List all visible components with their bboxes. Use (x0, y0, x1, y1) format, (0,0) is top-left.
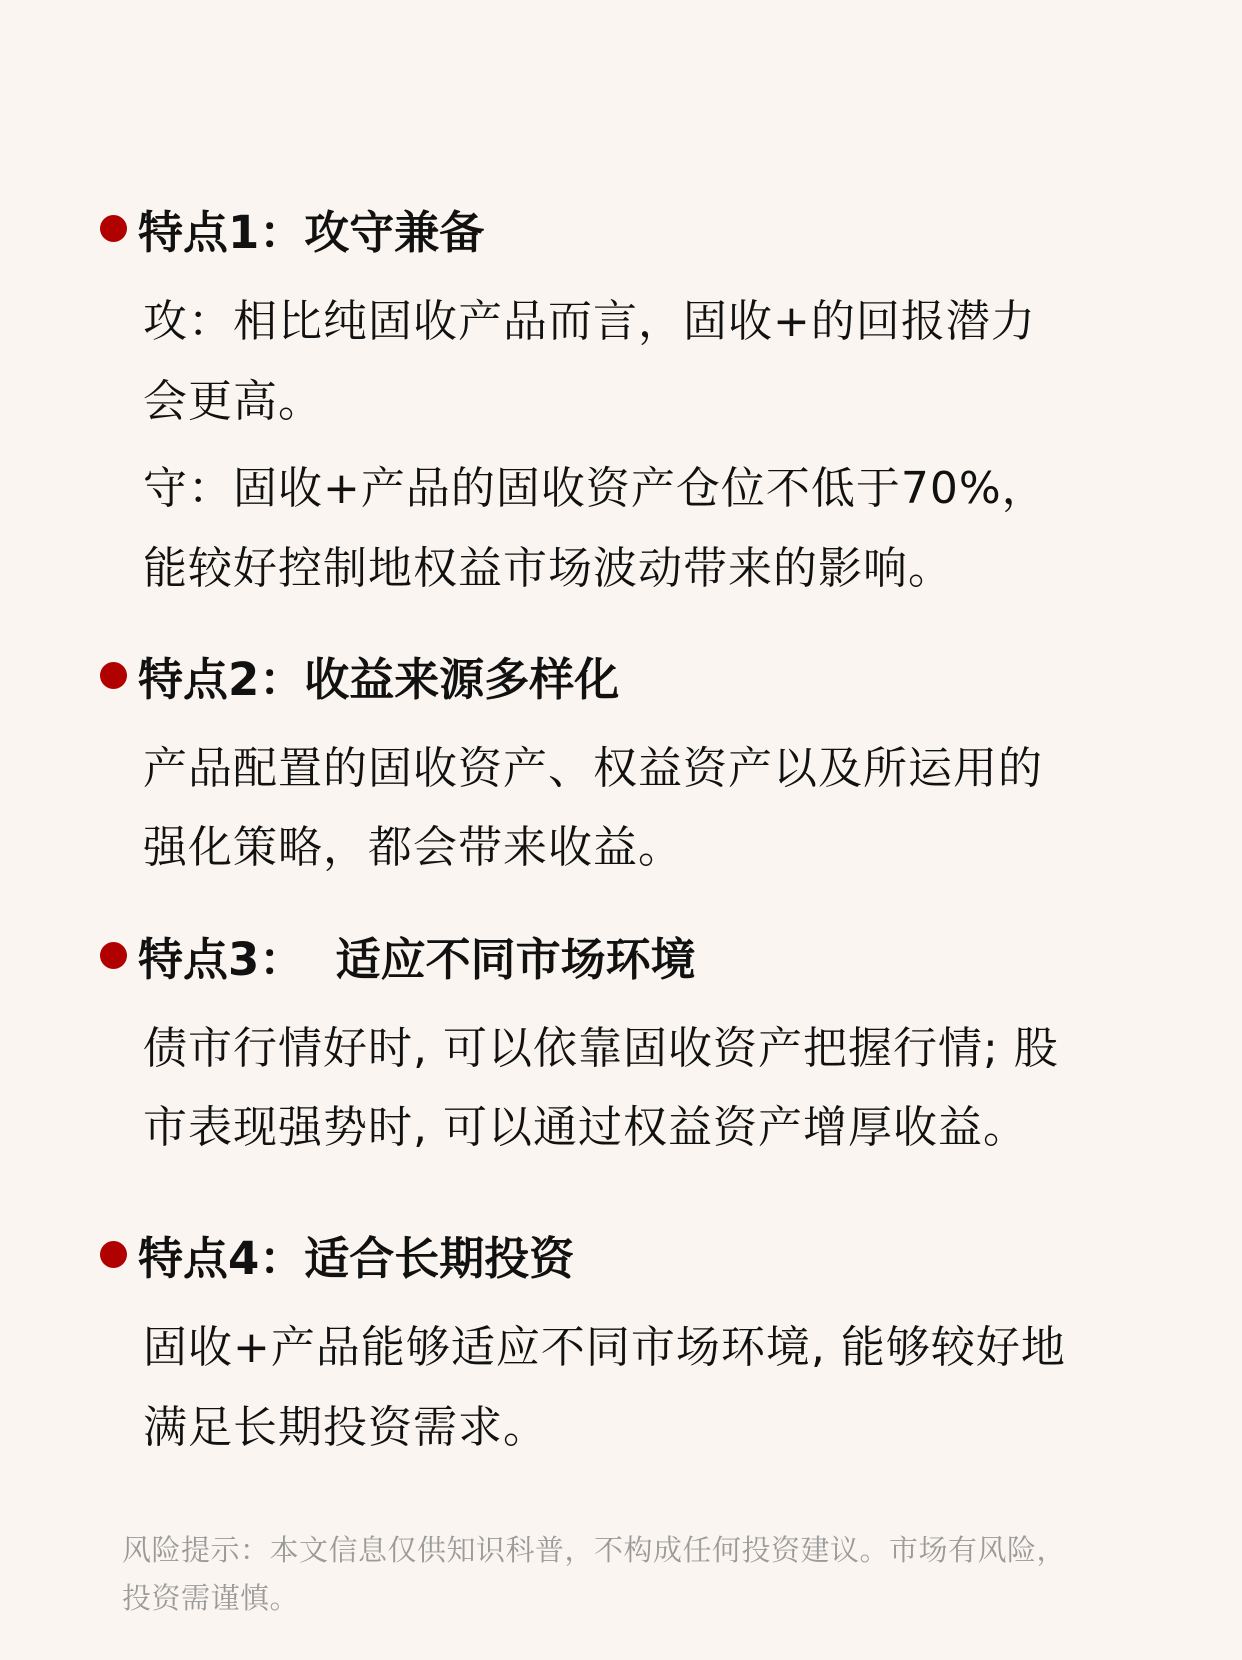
section-3-heading: 特点3： 适应不同市场环境 (100, 923, 696, 988)
bullet-dot-icon (100, 1241, 127, 1268)
heading-text: 特点4：适合长期投资 (138, 1222, 574, 1287)
section-1-line-3: 守：固收+产品的固收资产仓位不低于70%， (143, 452, 1047, 516)
bullet-dot-icon (100, 662, 127, 689)
heading-text: 特点3： 适应不同市场环境 (138, 923, 696, 988)
section-3-line-2: 市表现强势时, 可以通过权益资产增厚收益。 (143, 1091, 1028, 1155)
section-1-line-1: 攻：相比纯固收产品而言，固收+的回报潜力 (143, 285, 1036, 349)
disclaimer-line-2: 投资需谨慎。 (122, 1576, 299, 1617)
section-4-line-2: 满足长期投资需求。 (143, 1391, 548, 1455)
section-4-line-1: 固收+产品能够适应不同市场环境, 能够较好地 (143, 1311, 1066, 1375)
section-2-line-2: 强化策略，都会带来收益。 (143, 811, 683, 875)
bullet-dot-icon (100, 942, 127, 969)
section-1-line-2: 会更高。 (143, 365, 323, 429)
section-4-heading: 特点4：适合长期投资 (100, 1222, 574, 1287)
disclaimer-line-1: 风险提示：本文信息仅供知识科普，不构成任何投资建议。市场有风险， (122, 1528, 1066, 1569)
section-3-line-1: 债市行情好时, 可以依靠固收资产把握行情; 股 (143, 1012, 1059, 1076)
section-2-heading: 特点2：收益来源多样化 (100, 643, 619, 708)
section-1-line-4: 能较好控制地权益市场波动带来的影响。 (143, 532, 953, 596)
bullet-dot-icon (100, 215, 127, 242)
section-2-line-1: 产品配置的固收资产、权益资产以及所运用的 (143, 732, 1043, 796)
heading-text: 特点2：收益来源多样化 (138, 643, 619, 708)
heading-text: 特点1：攻守兼备 (138, 196, 484, 261)
section-1-heading: 特点1：攻守兼备 (100, 196, 484, 261)
